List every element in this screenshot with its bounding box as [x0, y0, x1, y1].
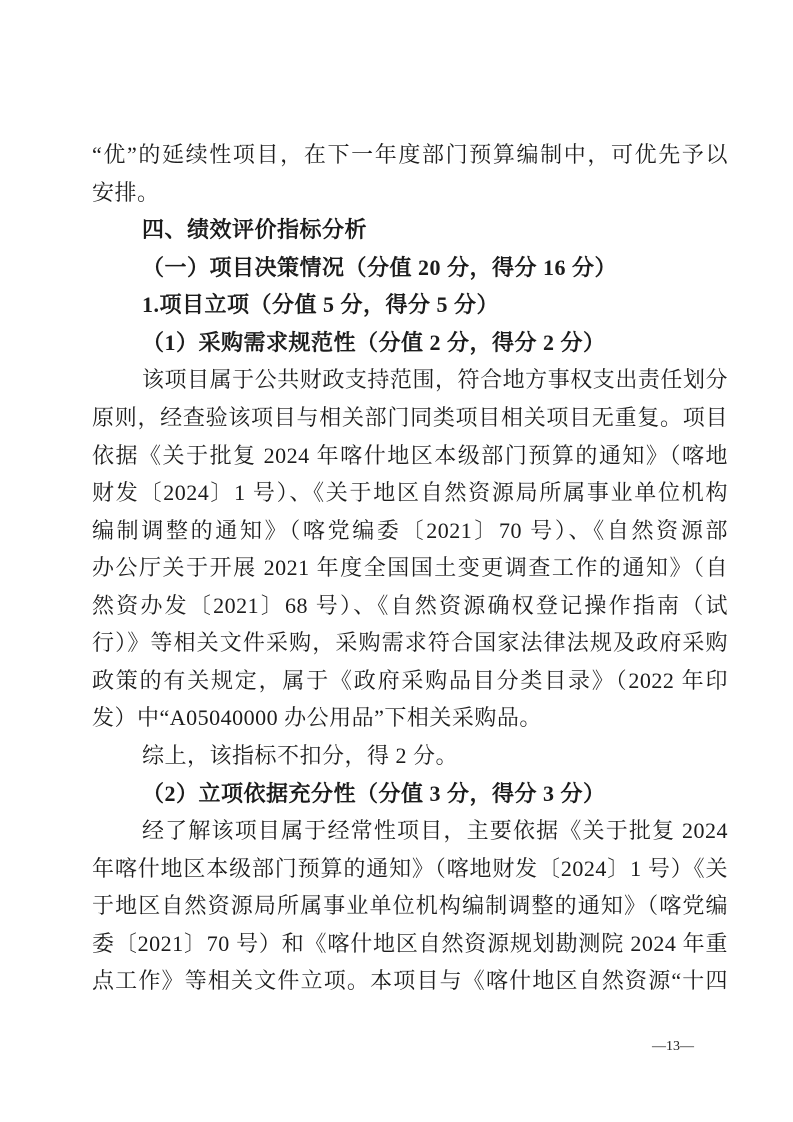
text-line: “优”的延续性项目，在下一年度部门预算编制中，可优先予以	[92, 136, 728, 174]
text-line: 年喀什地区本级部门预算的通知》（喀地财发〔2024〕1 号）《关	[92, 850, 728, 888]
text-line: 财发〔2024〕1 号）、《关于地区自然资源局所属事业单位机构	[92, 474, 728, 512]
text-line: 四、绩效评价指标分析	[92, 211, 728, 249]
document-page: “优”的延续性项目，在下一年度部门预算编制中，可优先予以安排。四、绩效评价指标分…	[0, 0, 793, 1122]
text-line: 该项目属于公共财政支持范围，符合地方事权支出责任划分	[92, 361, 728, 399]
text-line: 于地区自然资源局所属事业单位机构编制调整的通知》（喀党编	[92, 887, 728, 925]
text-line: （2）立项依据充分性（分值 3 分，得分 3 分）	[92, 775, 728, 813]
text-line: 经了解该项目属于经常性项目，主要依据《关于批复 2024	[92, 812, 728, 850]
text-line: 发）中“A05040000 办公用品”下相关采购品。	[92, 699, 728, 737]
text-line: （一）项目决策情况（分值 20 分，得分 16 分）	[92, 249, 728, 287]
text-line: 办公厅关于开展 2021 年度全国国土变更调查工作的通知》（自	[92, 549, 728, 587]
text-line: 政策的有关规定，属于《政府采购品目分类目录》（2022 年印	[92, 662, 728, 700]
text-line: 1.项目立项（分值 5 分，得分 5 分）	[92, 286, 728, 324]
text-line: 点工作》等相关文件立项。本项目与《喀什地区自然资源“十四	[92, 962, 728, 1000]
document-body: “优”的延续性项目，在下一年度部门预算编制中，可优先予以安排。四、绩效评价指标分…	[92, 136, 728, 1000]
text-line: 安排。	[92, 174, 728, 212]
text-line: 综上，该指标不扣分，得 2 分。	[92, 737, 728, 775]
text-line: 原则，经查验该项目与相关部门同类项目相关项目无重复。项目	[92, 399, 728, 437]
text-line: 然资办发〔2021〕68 号）、《自然资源确权登记操作指南（试	[92, 587, 728, 625]
page-number: —13—	[652, 1038, 694, 1056]
text-line: 编制调整的通知》（喀党编委〔2021〕70 号）、《自然资源部	[92, 512, 728, 550]
text-line: 依据《关于批复 2024 年喀什地区本级部门预算的通知》（喀地	[92, 437, 728, 475]
text-line: （1）采购需求规范性（分值 2 分，得分 2 分）	[92, 324, 728, 362]
text-line: 行）》等相关文件采购，采购需求符合国家法律法规及政府采购	[92, 624, 728, 662]
text-line: 委〔2021〕70 号）和《喀什地区自然资源规划勘测院 2024 年重	[92, 925, 728, 963]
